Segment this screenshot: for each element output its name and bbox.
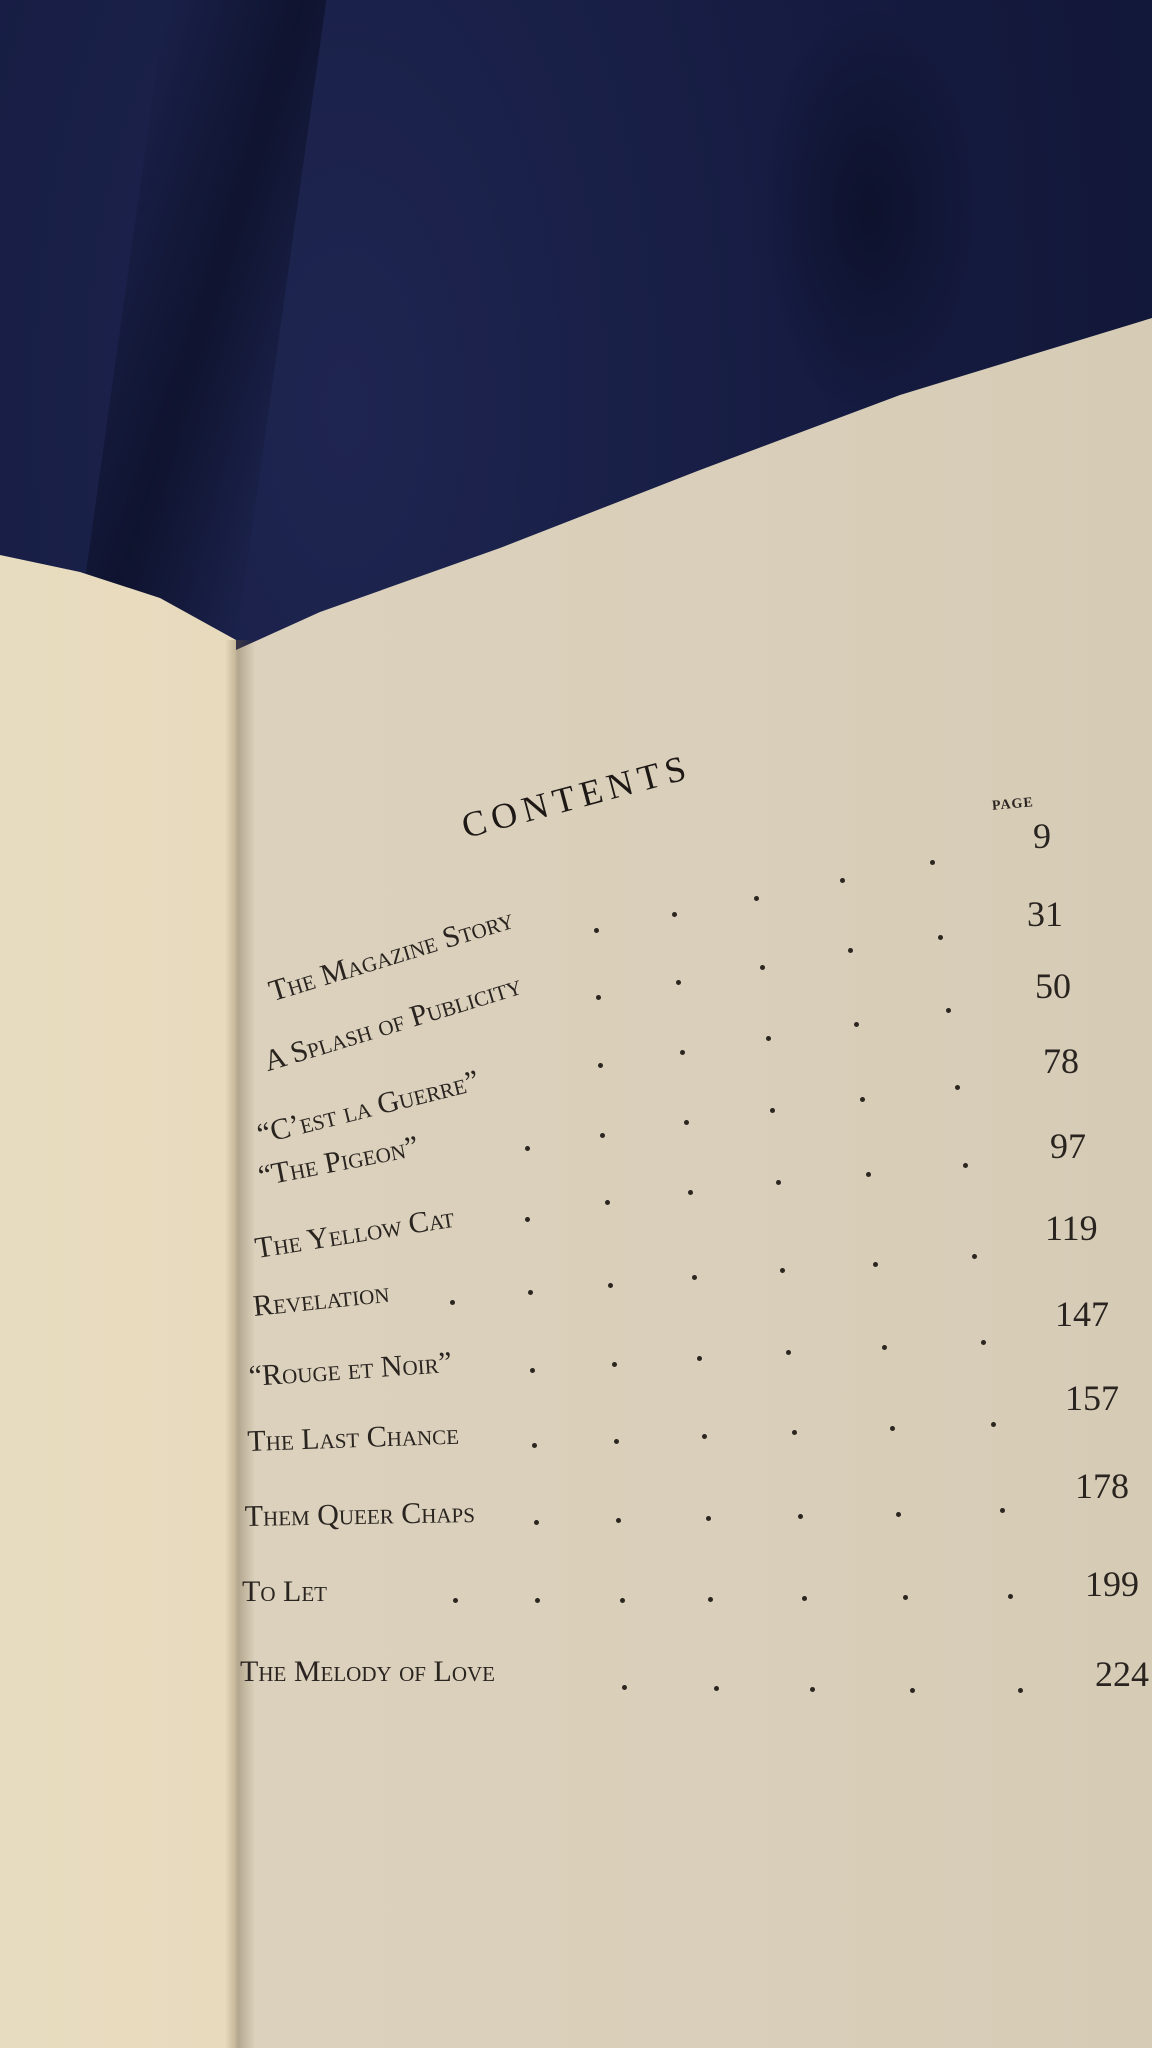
toc-entry-title: To Let [242,1575,327,1609]
page-title: CONTENTS [457,745,696,847]
toc-entry-page: 78 [1043,1040,1079,1082]
toc-entry-page: 199 [1085,1563,1139,1605]
toc-entry-title: Revelation [251,1276,390,1324]
toc-entry-title: “Rouge et Noir” [248,1346,453,1394]
toc-entry-page: 224 [1095,1653,1149,1695]
toc-entry-page: 50 [1035,965,1071,1007]
toc-entry-title: Them Queer Chaps [244,1496,475,1534]
page-column-label: PAGE [991,795,1034,815]
toc-entry-page: 119 [1045,1207,1098,1249]
toc-entry-title: The Yellow Cat [253,1201,457,1266]
toc-entry-title: The Melody of Love [240,1655,495,1689]
toc-entry-page: 9 [1033,815,1051,857]
toc-entry-page: 97 [1050,1125,1086,1167]
toc-entry-title: The Last Chance [247,1418,460,1459]
photo-scene: CONTENTS PAGE The Magazine Story 9 A Spl… [0,0,1152,2048]
toc-entry-page: 147 [1055,1293,1109,1335]
toc-entry-page: 157 [1065,1377,1119,1419]
toc-entry-page: 178 [1075,1465,1129,1507]
contents-page: CONTENTS PAGE The Magazine Story 9 A Spl… [0,0,1152,2048]
toc-entry-page: 31 [1027,893,1063,935]
